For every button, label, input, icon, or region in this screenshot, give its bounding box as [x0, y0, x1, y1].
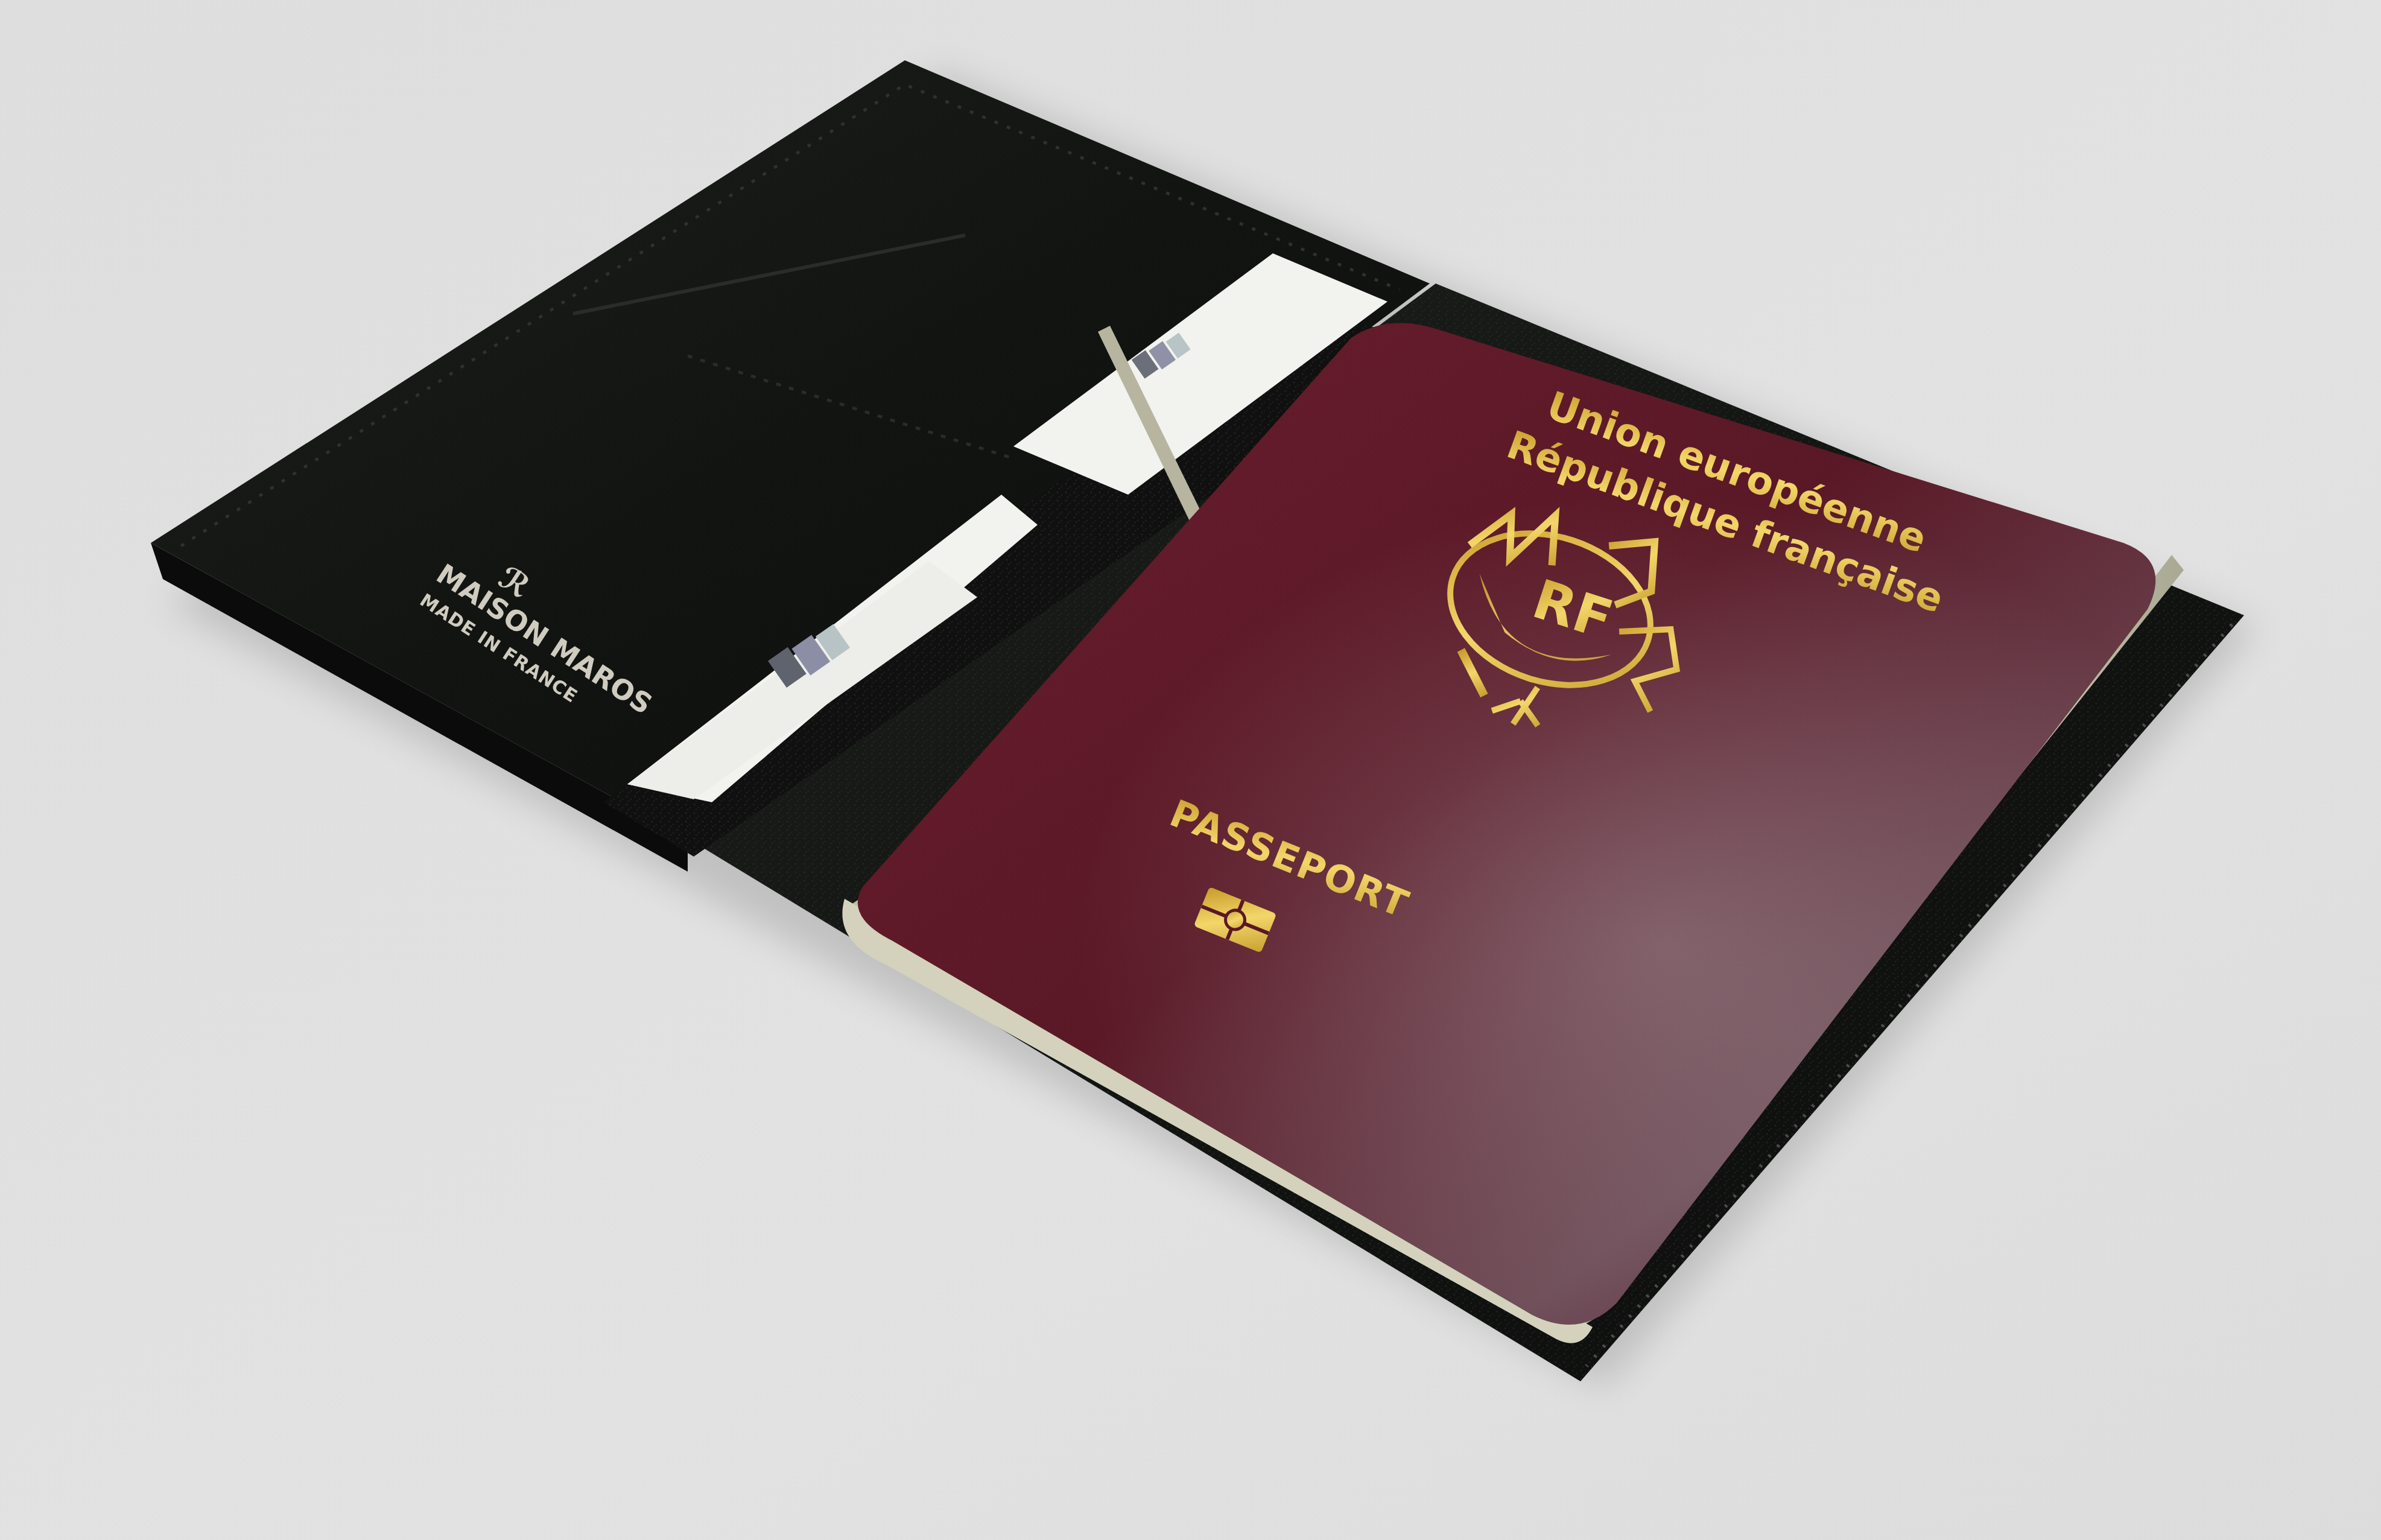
product-photo: ℛ MAISON MAROS MADE IN FRANCE Union euro…: [0, 0, 2381, 1540]
